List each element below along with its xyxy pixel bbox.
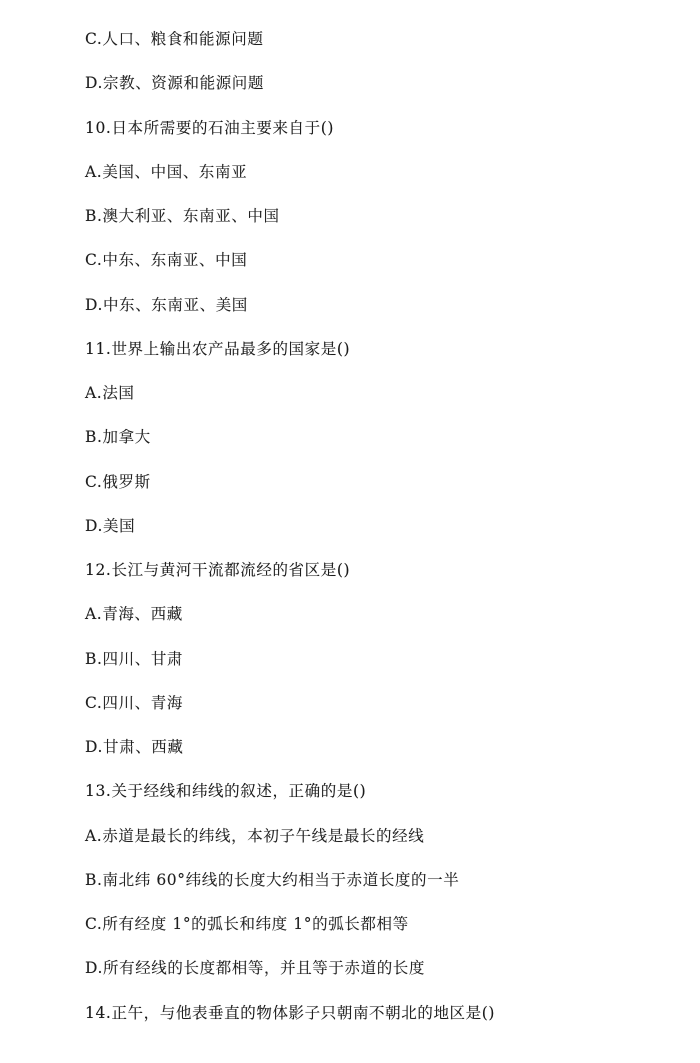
option-line: C.中东、东南亚、中国 [85, 237, 670, 281]
question-line: 11.世界上输出农产品最多的国家是() [85, 326, 670, 370]
question-list: C.人口、粮食和能源问题D.宗教、资源和能源问题10.日本所需要的石油主要来自于… [0, 0, 700, 1034]
option-line: A.青海、西藏 [85, 591, 670, 635]
question-line: 10.日本所需要的石油主要来自于() [85, 105, 670, 149]
option-line: B.南北纬 60°纬线的长度大约相当于赤道长度的一半 [85, 857, 670, 901]
option-line: A.美国、中国、东南亚 [85, 149, 670, 193]
option-line: A.法国 [85, 370, 670, 414]
option-line: D.美国 [85, 503, 670, 547]
option-line: B.加拿大 [85, 414, 670, 458]
exam-document-page: C.人口、粮食和能源问题D.宗教、资源和能源问题10.日本所需要的石油主要来自于… [0, 0, 700, 1063]
question-line: 14.正午，与他表垂直的物体影子只朝南不朝北的地区是() [85, 990, 670, 1034]
option-line: A.赤道是最长的纬线，本初子午线是最长的经线 [85, 813, 670, 857]
option-line: C.俄罗斯 [85, 459, 670, 503]
option-line: C.四川、青海 [85, 680, 670, 724]
question-line: 12.长江与黄河干流都流经的省区是() [85, 547, 670, 591]
option-line: D.宗教、资源和能源问题 [85, 60, 670, 104]
option-line: D.甘肃、西藏 [85, 724, 670, 768]
option-line: C.人口、粮食和能源问题 [85, 16, 670, 60]
question-line: 13.关于经线和纬线的叙述，正确的是() [85, 768, 670, 812]
option-line: D.所有经线的长度都相等，并且等于赤道的长度 [85, 945, 670, 989]
option-line: C.所有经度 1°的弧长和纬度 1°的弧长都相等 [85, 901, 670, 945]
option-line: B.澳大利亚、东南亚、中国 [85, 193, 670, 237]
option-line: B.四川、甘肃 [85, 636, 670, 680]
option-line: D.中东、东南亚、美国 [85, 282, 670, 326]
